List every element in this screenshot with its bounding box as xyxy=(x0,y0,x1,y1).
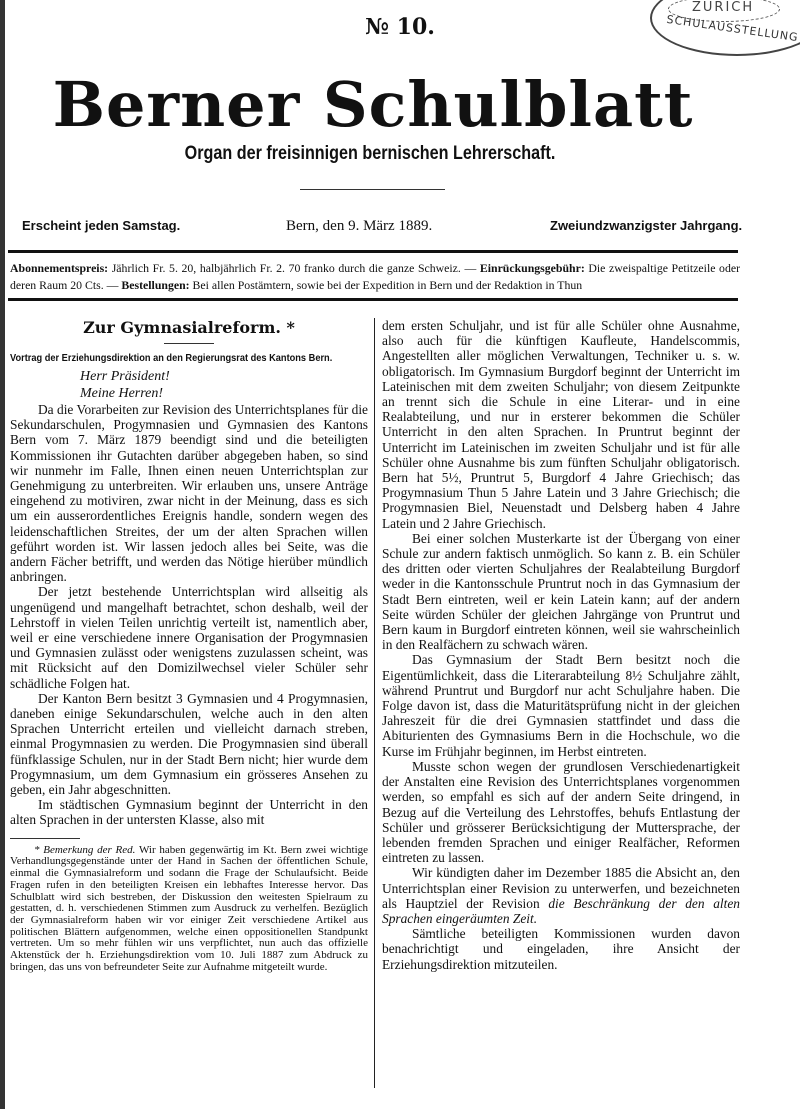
subscription-info: Abonnementspreis: Jährlich Fr. 5. 20, ha… xyxy=(10,260,740,294)
issue-number: № 10. xyxy=(0,14,800,40)
paragraph: Im städtischen Gymnasium beginnt der Unt… xyxy=(10,797,368,827)
masthead-title: Berner Schulblatt xyxy=(8,70,738,140)
publication-frequency: Erscheint jeden Samstag. xyxy=(22,218,180,233)
orders-text: Bei allen Postämtern, sowie bei der Expe… xyxy=(193,278,583,292)
column-divider xyxy=(374,318,375,1088)
article-title: Zur Gymnasialreform. * xyxy=(10,318,368,337)
paragraph: Musste schon wegen der grundlosen Versch… xyxy=(382,759,740,865)
footnote-rule xyxy=(10,838,80,839)
ornamental-rule xyxy=(300,189,445,190)
paragraph: Bei einer solchen Musterkarte ist der Üb… xyxy=(382,531,740,653)
header-rule-top xyxy=(8,250,738,253)
paragraph: Da die Vorarbeiten zur Revision des Unte… xyxy=(10,402,368,584)
paragraph-revision: Wir kündigten daher im Dezember 1885 die… xyxy=(382,865,740,926)
paragraph: dem ersten Schuljahr, und ist für alle S… xyxy=(382,318,740,531)
orders-label: Bestellungen: xyxy=(121,278,189,292)
paragraph: Der Kanton Bern besitzt 3 Gymnasien und … xyxy=(10,691,368,797)
title-rule xyxy=(164,343,214,344)
page-edge-shadow xyxy=(0,0,5,1109)
paragraph: Sämtliche beteiligten Kommissionen wurde… xyxy=(382,926,740,972)
header-rule-bottom xyxy=(8,298,738,301)
editorial-footnote: * Bemerkung der Red. Wir haben gegenwärt… xyxy=(10,845,368,974)
left-column: Zur Gymnasialreform. * Vortrag der Erzie… xyxy=(10,314,368,973)
paragraph: Das Gymnasium der Stadt Bern besitzt noc… xyxy=(382,652,740,758)
volume-year: Zweiundzwanzigster Jahrgang. xyxy=(550,218,742,233)
footnote-label: * Bemerkung der Red. xyxy=(34,844,135,856)
footnote-text: Wir haben gegenwärtig im Kt. Bern zwei w… xyxy=(10,844,368,973)
right-column: dem ersten Schuljahr, und ist für alle S… xyxy=(382,318,740,972)
lecture-line: Vortrag der Erziehungsdirektion an den R… xyxy=(10,352,325,364)
subscription-label: Abonnementspreis: xyxy=(10,261,108,275)
paragraph: Der jetzt bestehende Unterrichtsplan wir… xyxy=(10,584,368,690)
salutation-1: Herr Präsident! xyxy=(80,368,368,385)
salutation-2: Meine Herren! xyxy=(80,385,368,402)
subscription-text: Jährlich Fr. 5. 20, halbjährlich Fr. 2. … xyxy=(112,261,477,275)
stamp-city: ZÜRICH xyxy=(692,0,754,15)
insertion-label: Einrückungsgebühr: xyxy=(480,261,585,275)
dateline: Bern, den 9. März 1889. xyxy=(286,218,432,235)
masthead-subtitle: Organ der freisinnigen bernischen Lehrer… xyxy=(56,143,685,165)
